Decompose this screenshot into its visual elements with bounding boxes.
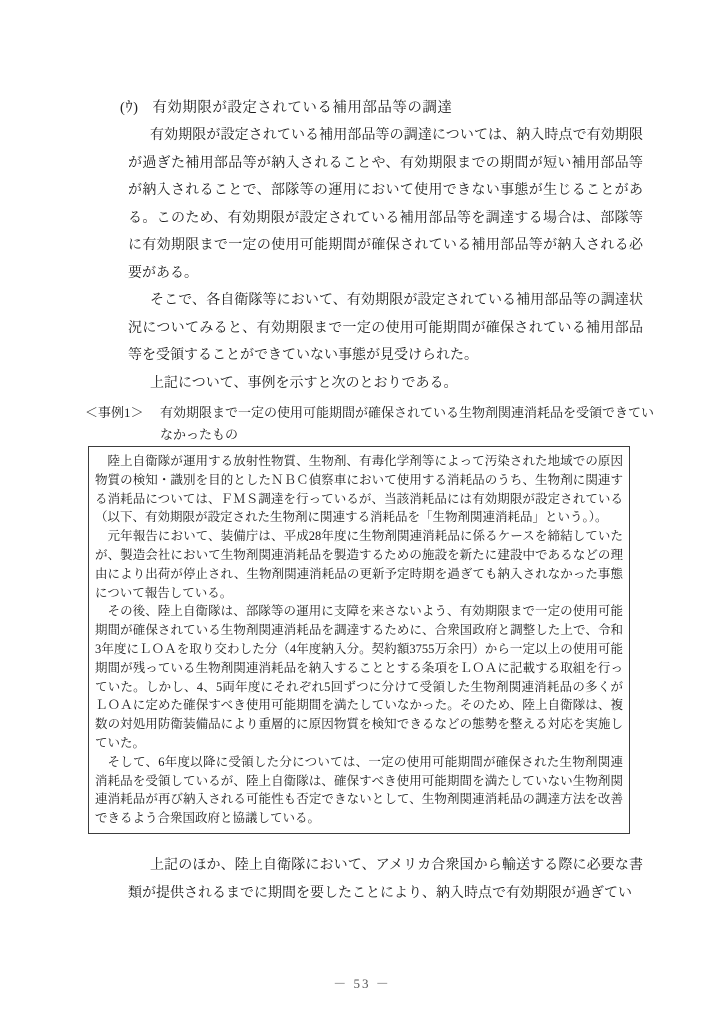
section-body: 有効期限が設定されている補用部品等の調達については、納入時点で有効期限が過ぎた補…	[128, 122, 643, 397]
report-page: (ｳ)有効期限が設定されている補用部品等の調達 有効期限が設定されている補用部品…	[0, 0, 724, 1024]
case1-label: ＜事例1＞	[85, 402, 160, 424]
closing-paragraph: 上記のほか、陸上自衛隊において、アメリカ合衆国から輸送する際に必要な書類が提供さ…	[128, 852, 643, 908]
case1-paragraph: 元年報告において、装備庁は、平成28年度に生物剤関連消耗品に係るケースを締結して…	[95, 527, 623, 602]
case1-title: 有効期限まで一定の使用可能期間が確保されている生物剤関連消耗品を受領できていなか…	[160, 402, 660, 445]
section-heading: (ｳ)有効期限が設定されている補用部品等の調達	[120, 97, 452, 119]
page-number: － 53 －	[0, 973, 724, 992]
section-title: 有効期限が設定されている補用部品等の調達	[152, 100, 452, 116]
closing-body: 上記のほか、陸上自衛隊において、アメリカ合衆国から輸送する際に必要な書類が提供さ…	[128, 852, 643, 908]
case1-box: 陸上自衛隊が運用する放射性物質、生物剤、有毒化学剤等によって汚染された地域での原…	[88, 446, 630, 834]
section-paragraph: 上記について、事例を示すと次のとおりである。	[128, 370, 643, 398]
case1-paragraph: そして、6年度以降に受領した分については、一定の使用可能期間が確保された生物剤関…	[95, 753, 623, 828]
case1-heading: ＜事例1＞ 有効期限まで一定の使用可能期間が確保されている生物剤関連消耗品を受領…	[85, 402, 660, 445]
section-paragraph: そこで、各自衛隊等において、有効期限が設定されている補用部品等の調達状況について…	[128, 287, 643, 370]
case1-paragraph: その後、陸上自衛隊は、部隊等の運用に支障を来さないよう、有効期限まで一定の使用可…	[95, 602, 623, 752]
case1-paragraph: 陸上自衛隊が運用する放射性物質、生物剤、有毒化学剤等によって汚染された地域での原…	[95, 452, 623, 527]
section-marker: (ｳ)	[120, 100, 138, 116]
section-paragraph: 有効期限が設定されている補用部品等の調達については、納入時点で有効期限が過ぎた補…	[128, 122, 643, 287]
